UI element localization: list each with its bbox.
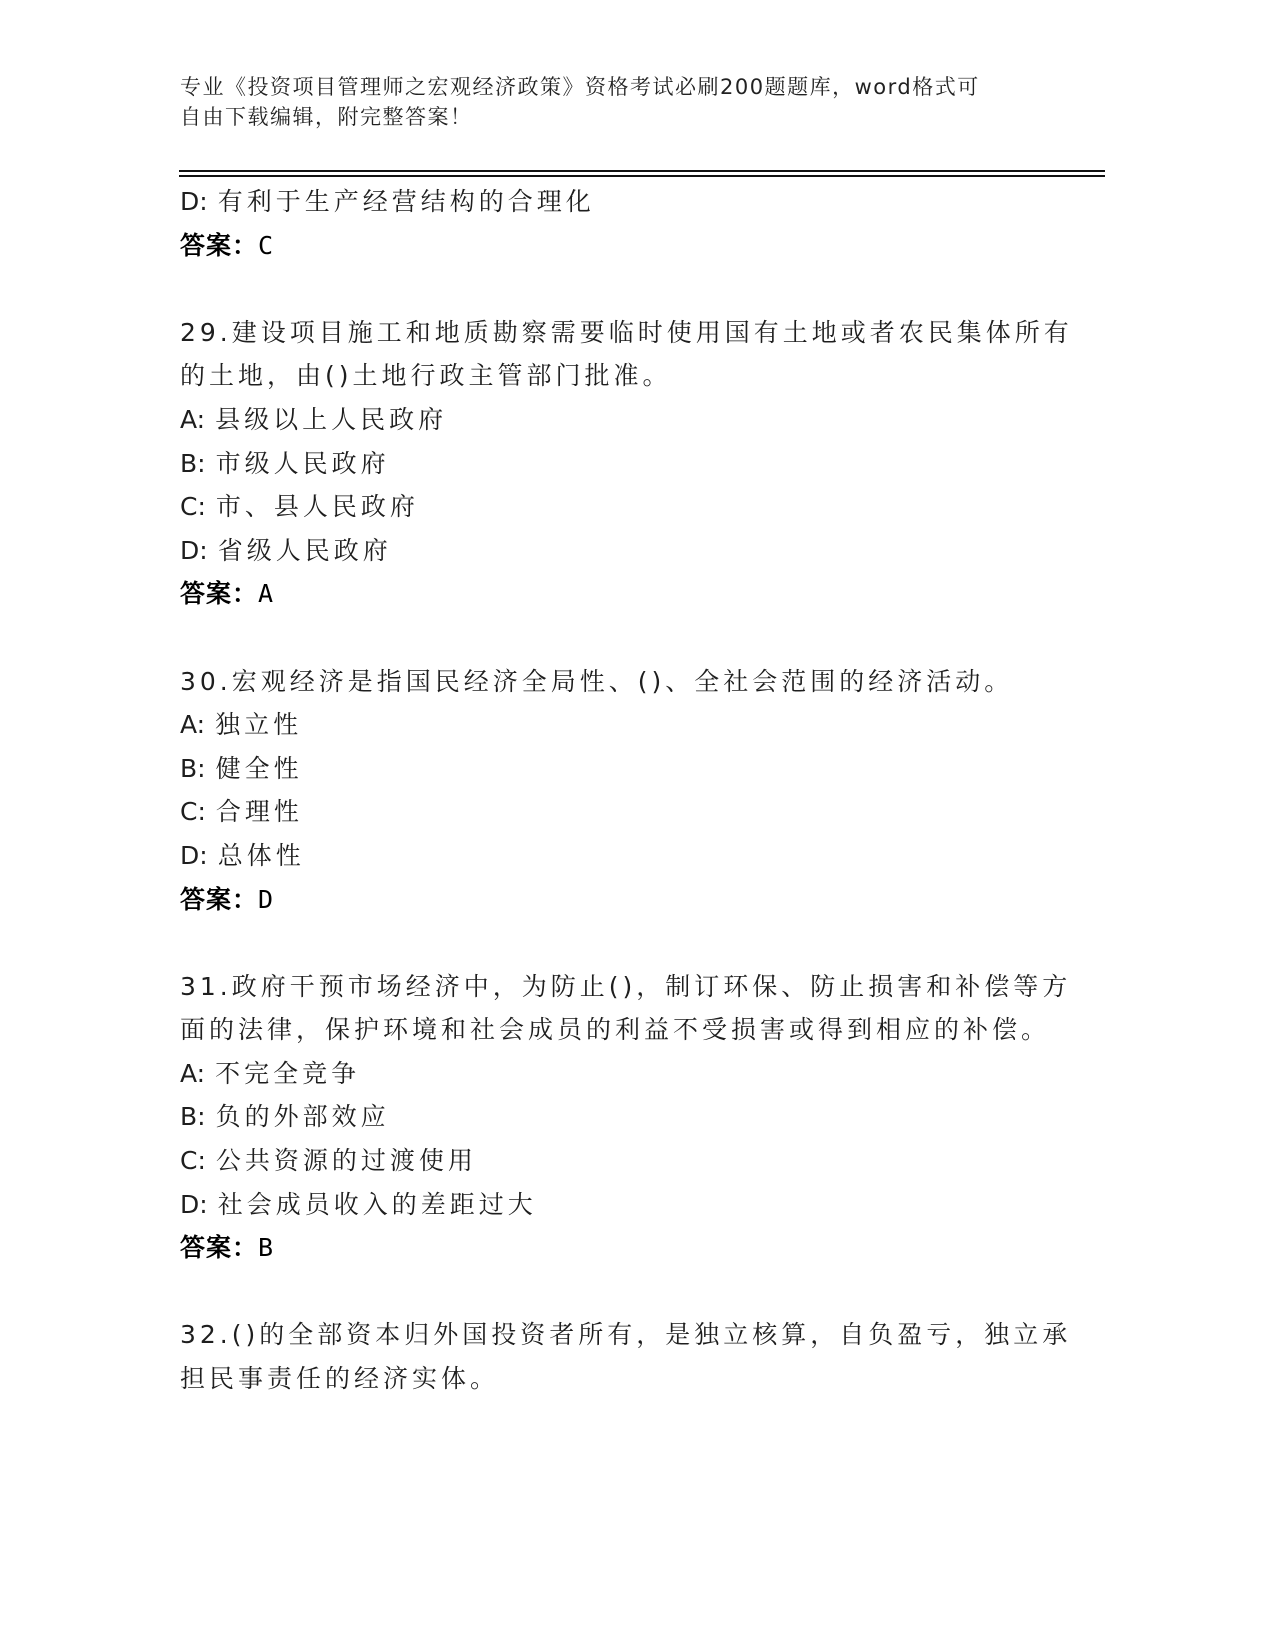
option-d: D:总体性 bbox=[180, 834, 1040, 878]
question-stem: 32.()的全部资本归外国投资者所有，是独立核算，自负盈亏，独立承 担民事责任的… bbox=[180, 1313, 1040, 1400]
option-a: A:独立性 bbox=[180, 703, 1040, 747]
option-key: B: bbox=[180, 442, 206, 486]
spacer bbox=[180, 616, 1040, 660]
question-stem-line-2: 面的法律，保护环境和社会成员的利益不受损害或得到相应的补偿。 bbox=[180, 1015, 1050, 1044]
answer-line: 答案：A bbox=[180, 572, 1040, 616]
option-c: C:公共资源的过渡使用 bbox=[180, 1139, 1040, 1183]
question-29: 29.建设项目施工和地质勘察需要临时使用国有土地或者农民集体所有 的土地，由()… bbox=[180, 311, 1040, 616]
option-b: B:负的外部效应 bbox=[180, 1095, 1040, 1139]
answer-value: A bbox=[258, 579, 274, 608]
answer-label: 答案： bbox=[180, 885, 258, 914]
header-title-line-1: 专业《投资项目管理师之宏观经济政策》资格考试必刷200题题库，word格式可 bbox=[180, 72, 1040, 102]
option-key: D: bbox=[180, 180, 208, 224]
option-text: 省级人民政府 bbox=[218, 536, 392, 565]
question-stem-line-2: 担民事责任的经济实体。 bbox=[180, 1364, 499, 1393]
option-text: 健全性 bbox=[216, 754, 303, 783]
option-text: 市、县人民政府 bbox=[216, 492, 419, 521]
answer-value: D bbox=[258, 885, 274, 914]
question-stem-line-1: 建设项目施工和地质勘察需要临时使用国有土地或者农民集体所有 bbox=[232, 318, 1073, 347]
question-number: 29. bbox=[180, 318, 232, 347]
option-key: D: bbox=[180, 834, 208, 878]
question-number: 30. bbox=[180, 667, 232, 696]
question-stem-line-1: 政府干预市场经济中，为防止()，制订环保、防止损害和补偿等方 bbox=[232, 972, 1072, 1001]
answer-value: C bbox=[258, 231, 274, 260]
spacer bbox=[180, 1270, 1040, 1314]
question-31: 31.政府干预市场经济中，为防止()，制订环保、防止损害和补偿等方 面的法律，保… bbox=[180, 965, 1040, 1270]
spacer bbox=[180, 267, 1040, 311]
option-key: A: bbox=[180, 703, 205, 747]
question-stem: 29.建设项目施工和地质勘察需要临时使用国有土地或者农民集体所有 的土地，由()… bbox=[180, 311, 1040, 398]
option-key: C: bbox=[180, 1139, 206, 1183]
page-header: 专业《投资项目管理师之宏观经济政策》资格考试必刷200题题库，word格式可 自… bbox=[180, 72, 1040, 132]
option-key: A: bbox=[180, 398, 205, 442]
option-key: C: bbox=[180, 485, 206, 529]
header-divider-thick bbox=[179, 170, 1105, 172]
answer-line: 答案：C bbox=[180, 224, 1040, 268]
option-text: 县级以上人民政府 bbox=[215, 405, 447, 434]
question-stem: 31.政府干预市场经济中，为防止()，制订环保、防止损害和补偿等方 面的法律，保… bbox=[180, 965, 1040, 1052]
option-c: C:合理性 bbox=[180, 790, 1040, 834]
option-d: D:省级人民政府 bbox=[180, 529, 1040, 573]
answer-label: 答案： bbox=[180, 231, 258, 260]
option-text: 市级人民政府 bbox=[216, 449, 390, 478]
option-text: 不完全竞争 bbox=[215, 1059, 360, 1088]
question-stem-line-1: ()的全部资本归外国投资者所有，是独立核算，自负盈亏，独立承 bbox=[232, 1320, 1072, 1349]
header-divider-thin bbox=[179, 175, 1105, 177]
question-30: 30.宏观经济是指国民经济全局性、()、全社会范围的经济活动。 A:独立性 B:… bbox=[180, 660, 1040, 922]
option-text: 合理性 bbox=[216, 797, 303, 826]
option-key: B: bbox=[180, 1095, 206, 1139]
option-key: B: bbox=[180, 747, 206, 791]
question-stem-line-2: 的土地，由()土地行政主管部门批准。 bbox=[180, 361, 672, 390]
option-text: 总体性 bbox=[218, 841, 305, 870]
option-key: C: bbox=[180, 790, 206, 834]
answer-label: 答案： bbox=[180, 1233, 258, 1262]
answer-label: 答案： bbox=[180, 579, 258, 608]
header-title-line-2: 自由下载编辑，附完整答案！ bbox=[180, 102, 1040, 132]
option-c: C:市、县人民政府 bbox=[180, 485, 1040, 529]
question-number: 32. bbox=[180, 1320, 232, 1349]
answer-line: 答案：B bbox=[180, 1226, 1040, 1270]
option-d: D:社会成员收入的差距过大 bbox=[180, 1183, 1040, 1227]
option-b: B:市级人民政府 bbox=[180, 442, 1040, 486]
answer-line: 答案：D bbox=[180, 878, 1040, 922]
option-text: 社会成员收入的差距过大 bbox=[218, 1190, 537, 1219]
option-d: D:有利于生产经营结构的合理化 bbox=[180, 180, 1040, 224]
option-key: D: bbox=[180, 529, 208, 573]
question-stem-line-1: 宏观经济是指国民经济全局性、()、全社会范围的经济活动。 bbox=[232, 667, 1014, 696]
document-body: D:有利于生产经营结构的合理化 答案：C 29.建设项目施工和地质勘察需要临时使… bbox=[180, 180, 1040, 1401]
option-a: A:不完全竞争 bbox=[180, 1052, 1040, 1096]
option-text: 有利于生产经营结构的合理化 bbox=[218, 187, 595, 216]
question-32: 32.()的全部资本归外国投资者所有，是独立核算，自负盈亏，独立承 担民事责任的… bbox=[180, 1313, 1040, 1400]
option-text: 公共资源的过渡使用 bbox=[216, 1146, 477, 1175]
option-text: 独立性 bbox=[215, 710, 302, 739]
question-number: 31. bbox=[180, 972, 232, 1001]
option-a: A:县级以上人民政府 bbox=[180, 398, 1040, 442]
option-key: A: bbox=[180, 1052, 205, 1096]
option-key: D: bbox=[180, 1183, 208, 1227]
option-b: B:健全性 bbox=[180, 747, 1040, 791]
option-text: 负的外部效应 bbox=[216, 1102, 390, 1131]
answer-value: B bbox=[258, 1233, 274, 1262]
question-stem: 30.宏观经济是指国民经济全局性、()、全社会范围的经济活动。 bbox=[180, 660, 1040, 704]
question-carryover: D:有利于生产经营结构的合理化 答案：C bbox=[180, 180, 1040, 267]
spacer bbox=[180, 921, 1040, 965]
